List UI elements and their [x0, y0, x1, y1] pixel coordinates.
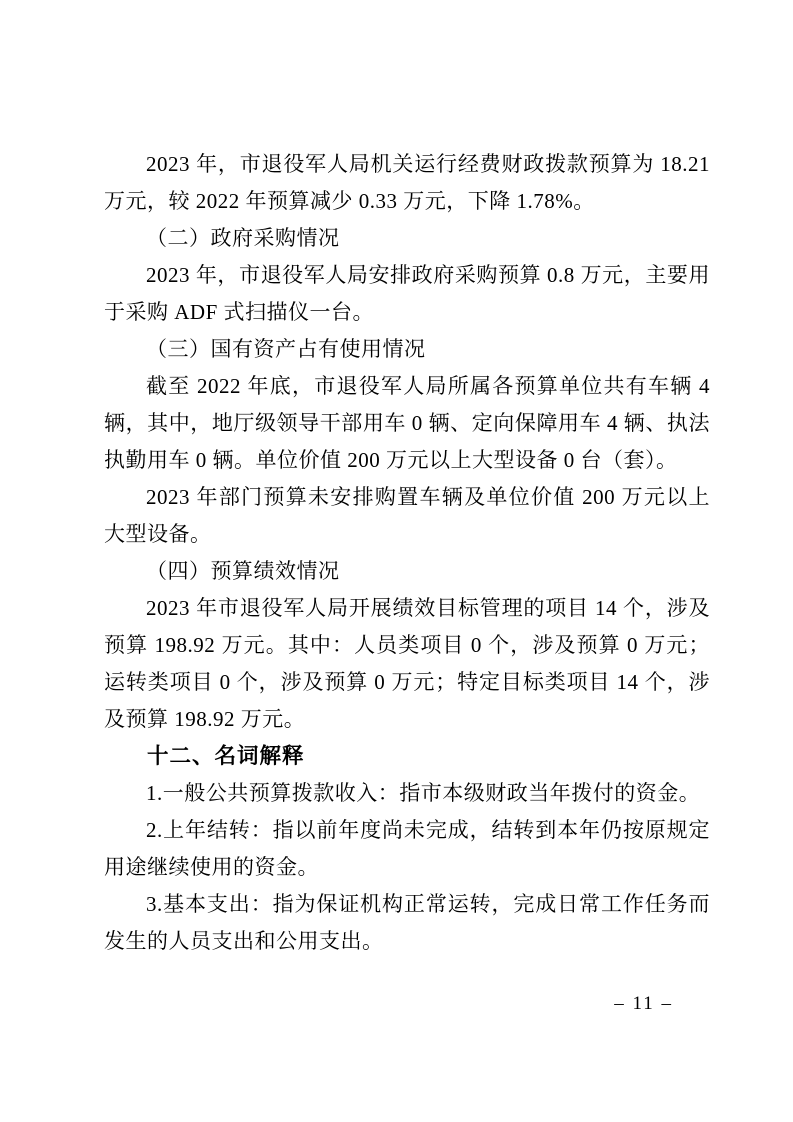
paragraph-glossary-item-2: 2.上年结转：指以前年度尚未完成，结转到本年仍按原规定用途继续使用的资金。 — [104, 812, 710, 886]
paragraph-no-new-purchases: 2023 年部门预算未安排购置车辆及单位价值 200 万元以上大型设备。 — [104, 479, 710, 553]
subheading-budget-performance: （四）预算绩效情况 — [104, 553, 710, 590]
document-text-block: 2023 年，市退役军人局机关运行经费财政拨款预算为 18.21 万元，较 20… — [104, 146, 710, 960]
paragraph-performance-targets: 2023 年市退役军人局开展绩效目标管理的项目 14 个，涉及预算 198.92… — [104, 590, 710, 738]
paragraph-operating-funds: 2023 年，市退役军人局机关运行经费财政拨款预算为 18.21 万元，较 20… — [104, 146, 710, 220]
section-heading-glossary: 十二、名词解释 — [104, 738, 710, 775]
paragraph-glossary-item-3: 3.基本支出：指为保证机构正常运转，完成日常工作任务而发生的人员支出和公用支出。 — [104, 886, 710, 960]
paragraph-glossary-item-1: 1.一般公共预算拨款收入：指市本级财政当年拨付的资金。 — [104, 775, 710, 812]
subheading-state-assets: （三）国有资产占有使用情况 — [104, 331, 710, 368]
paragraph-vehicles-equipment: 截至 2022 年底，市退役军人局所属各预算单位共有车辆 4 辆，其中，地厅级领… — [104, 368, 710, 479]
paragraph-procurement-budget: 2023 年，市退役军人局安排政府采购预算 0.8 万元，主要用于采购 ADF … — [104, 257, 710, 331]
subheading-government-procurement: （二）政府采购情况 — [104, 220, 710, 257]
page-number: – 11 – — [614, 989, 673, 1019]
document-page: 2023 年，市退役军人局机关运行经费财政拨款预算为 18.21 万元，较 20… — [0, 0, 793, 1122]
